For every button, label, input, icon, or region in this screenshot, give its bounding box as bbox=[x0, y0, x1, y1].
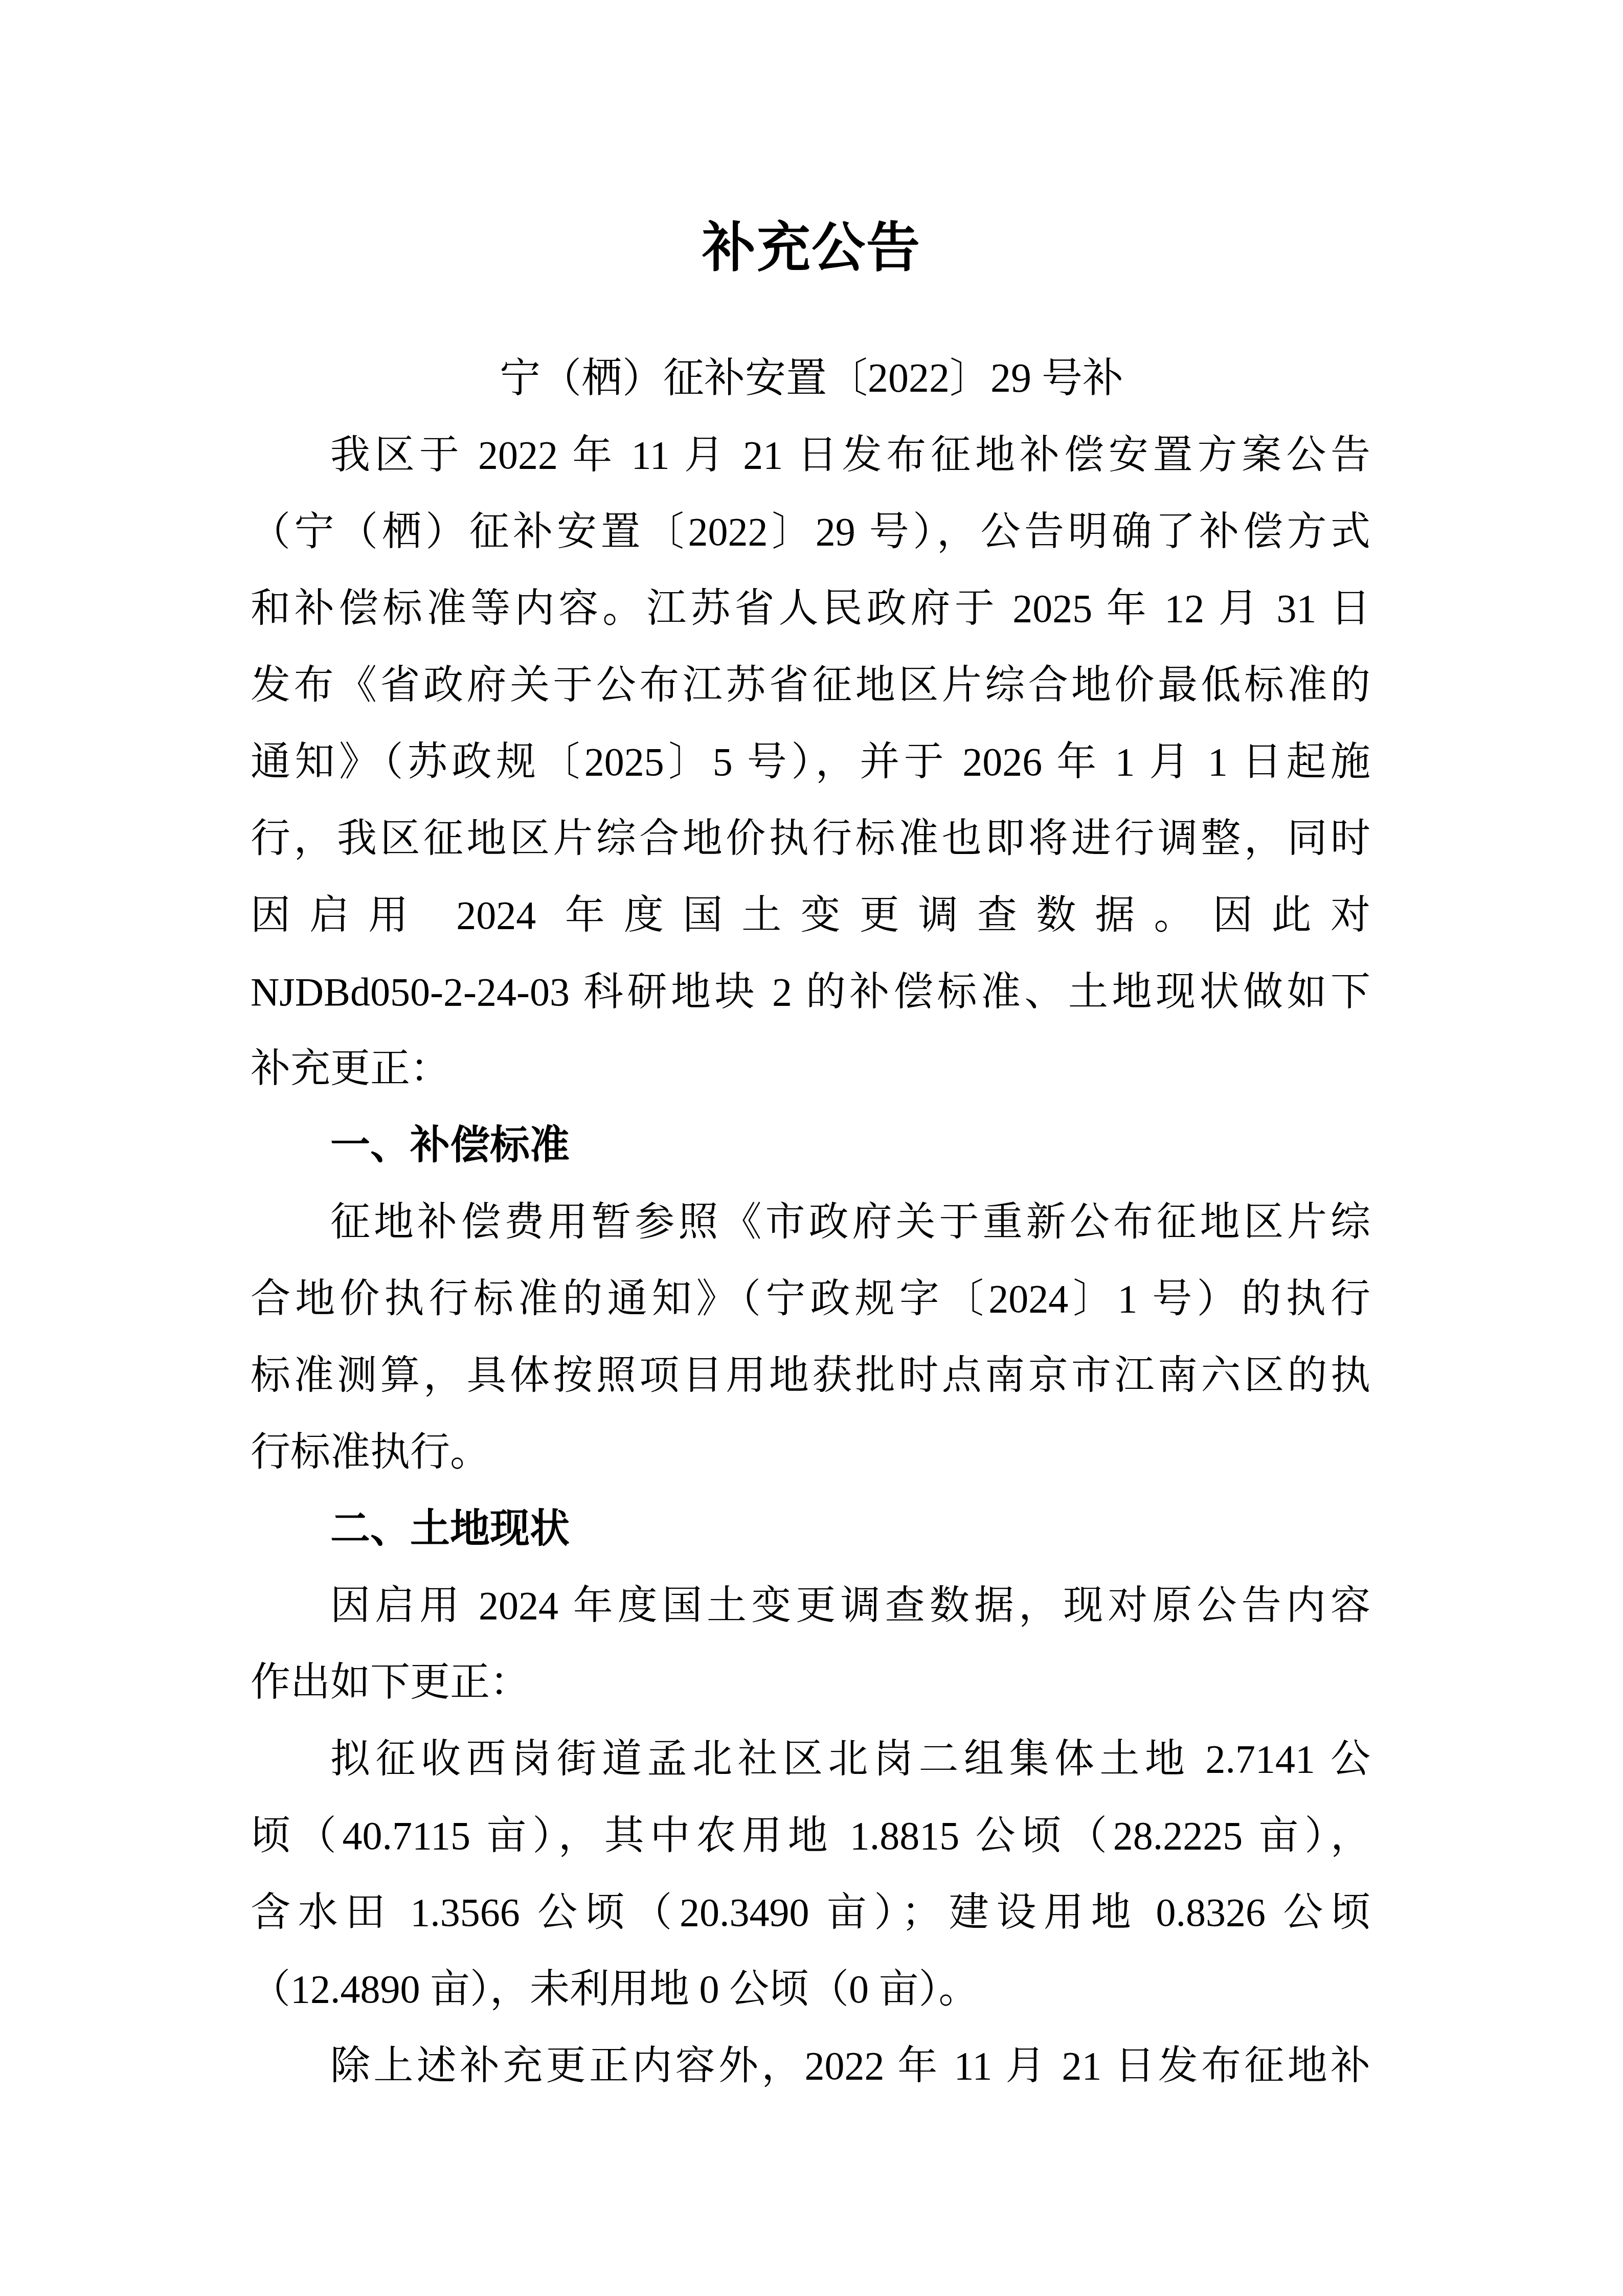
body-line: 作出如下更正： bbox=[251, 1644, 1370, 1721]
body-line: （12.4890 亩），未利用地 0 公顷（0 亩）。 bbox=[251, 1951, 1370, 2028]
body-line: NJDBd050-2-24-03 科研地块 2 的补偿标准、土地现状做如下 bbox=[251, 954, 1370, 1030]
body-line: 含水田 1.3566 公顷（20.3490 亩）；建设用地 0.8326 公顷 bbox=[251, 1874, 1370, 1951]
body-line: 合地价执行标准的通知》（宁政规字〔2024〕1 号）的执行 bbox=[251, 1260, 1370, 1337]
document-number: 宁（栖）征补安置〔2022〕29 号补 bbox=[0, 340, 1623, 417]
body-line: 补充更正： bbox=[251, 1030, 1370, 1107]
body-line: 我区于 2022 年 11 月 21 日发布征地补偿安置方案公告 bbox=[251, 417, 1370, 493]
body-line: 除上述补充更正内容外，2022 年 11 月 21 日发布征地补 bbox=[251, 2028, 1370, 2104]
body-line: 征地补偿费用暂参照《市政府关于重新公布征地区片综 bbox=[251, 1184, 1370, 1260]
body-line: 和补偿标准等内容。江苏省人民政府于 2025 年 12 月 31 日 bbox=[251, 570, 1370, 647]
section-heading-land-status: 二、土地现状 bbox=[251, 1491, 1370, 1567]
body-line: 通知》（苏政规〔2025〕5 号），并于 2026 年 1 月 1 日起施 bbox=[251, 724, 1370, 800]
body-line: 标准测算，具体按照项目用地获批时点南京市江南六区的执 bbox=[251, 1337, 1370, 1414]
body-line: 行，我区征地区片综合地价执行标准也即将进行调整，同时 bbox=[251, 800, 1370, 877]
body-line: 因启用 2024 年度国土变更调查数据。因此对 bbox=[251, 877, 1370, 954]
body-line: 发布《省政府关于公布江苏省征地区片综合地价最低标准的 bbox=[251, 647, 1370, 724]
body-line: （宁（栖）征补安置〔2022〕29 号），公告明确了补偿方式 bbox=[251, 493, 1370, 570]
body-line: 拟征收西岗街道孟北社区北岗二组集体土地 2.7141 公 bbox=[251, 1721, 1370, 1797]
document-title: 补充公告 bbox=[0, 0, 1623, 291]
body-line: 因启用 2024 年度国土变更调查数据，现对原公告内容 bbox=[251, 1567, 1370, 1644]
document-body: 我区于 2022 年 11 月 21 日发布征地补偿安置方案公告 （宁（栖）征补… bbox=[251, 417, 1370, 2104]
announcement-page: 补充公告 宁（栖）征补安置〔2022〕29 号补 我区于 2022 年 11 月… bbox=[0, 0, 1623, 2296]
body-line: 顷（40.7115 亩），其中农用地 1.8815 公顷（28.2225 亩）， bbox=[251, 1797, 1370, 1874]
section-heading-compensation-standard: 一、补偿标准 bbox=[251, 1107, 1370, 1184]
body-line: 行标准执行。 bbox=[251, 1414, 1370, 1491]
